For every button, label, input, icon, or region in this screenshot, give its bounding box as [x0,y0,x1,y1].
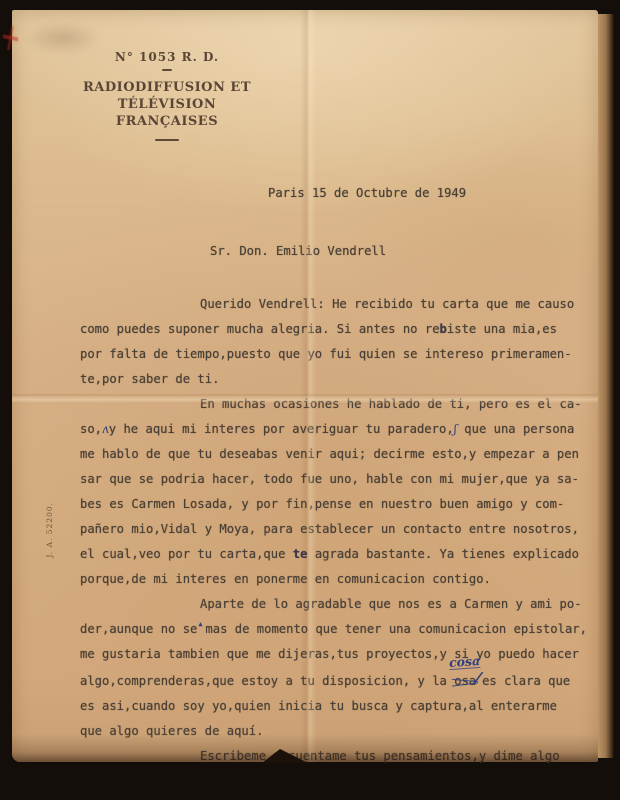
ink-correction: te [293,547,308,561]
typed-text: que una persona [457,422,574,436]
paragraph: Escribeme,y cuentame tus pensamientos,y … [80,744,592,769]
paragraph: Aparte de lo agradable que nos es a Carm… [80,592,592,744]
letterhead-rule-top [162,69,172,71]
typed-text: y he aqui mi interes por averiguar tu pa… [109,422,454,436]
letter-line: como puedes suponer mucha alegria. Si an… [80,317,592,342]
letterhead: N° 1053 R. D. RADIODIFFUSION ET TÉLÉVISI… [62,50,272,149]
typed-text: so, [80,422,102,436]
letter-line: der,aunque no se▲mas de momento que tene… [80,617,592,642]
typed-text: el cual,veo por tu carta,que [80,547,293,561]
letter-line: sar que se podria hacer, todo fue uno, h… [80,467,592,492]
scanned-letter: N° 1053 R. D. RADIODIFFUSION ET TÉLÉVISI… [0,0,620,800]
ink-correction: ʌ [102,422,109,436]
typed-text: der,aunque no se [80,622,197,636]
ink-correction: b [440,322,447,336]
ink-correction: osacosa [454,669,476,694]
typed-text: agrada bastante. Ya tienes explicado [307,547,579,561]
letter-body: Querido Vendrell: He recibido tu carta q… [80,292,592,769]
letterhead-org-line1: RADIODIFFUSION ET TÉLÉVISION [62,79,272,113]
letterhead-org-line2: FRANÇAISES [62,113,272,130]
typed-text: algo,comprenderas,que estoy a tu disposi… [80,674,454,688]
paragraph: Querido Vendrell: He recibido tu carta q… [80,292,592,392]
letterhead-number: N° 1053 R. D. [62,50,272,64]
letter-line: te,por saber de ti. [80,367,592,392]
typed-text: como puedes suponer mucha alegria. Si an… [80,322,440,336]
letter-line: En muchas ocasiones he hablado de ti, pe… [80,392,592,417]
letter-line: el cual,veo por tu carta,que te agrada b… [80,542,592,567]
addressee-line: Sr. Don. Emilio Vendrell [210,244,386,258]
letter-line: es asi,cuando soy yo,quien inicia tu bus… [80,694,592,719]
letter-line: Querido Vendrell: He recibido tu carta q… [80,292,592,317]
paragraph: En muchas ocasiones he hablado de ti, pe… [80,392,592,592]
letter-line: porque,de mi interes en ponerme en comun… [80,567,592,592]
printer-mark: J. A. 52200. [45,502,54,558]
letter-line: pañero mio,Vidal y Moya, para establecer… [80,517,592,542]
typed-text: mas de momento que tener una comunicacio… [205,622,587,636]
bottom-corner-flap [262,749,308,763]
letter-line: Escribeme,y cuentame tus pensamientos,y … [80,744,592,769]
letter-line: por falta de tiempo,puesto que yo fui qu… [80,342,592,367]
date-line: Paris 15 de Octubre de 1949 [268,186,466,200]
letter-line: so,ʌy he aqui mi interes por averiguar t… [80,417,592,442]
letter-line: que algo quieres de aquí. [80,719,592,744]
letter-line: bes es Carmen Losada, y por fin,pense en… [80,492,592,517]
typed-text: iste una mia,es [447,322,557,336]
typed-text: es clara que [482,674,570,688]
letter-line: Aparte de lo agradable que nos es a Carm… [80,592,592,617]
letter-line: me gustaria tambien que me dijeras,tus p… [80,642,592,667]
red-ink-mark [3,26,18,50]
letter-line: me hablo de que tu deseabas venir aqui; … [80,442,592,467]
underlying-page-edge [596,14,614,758]
letter-page: N° 1053 R. D. RADIODIFFUSION ET TÉLÉVISI… [12,10,598,762]
letter-line: algo,comprenderas,que estoy a tu disposi… [80,667,592,694]
letterhead-rule-bottom [155,139,179,141]
